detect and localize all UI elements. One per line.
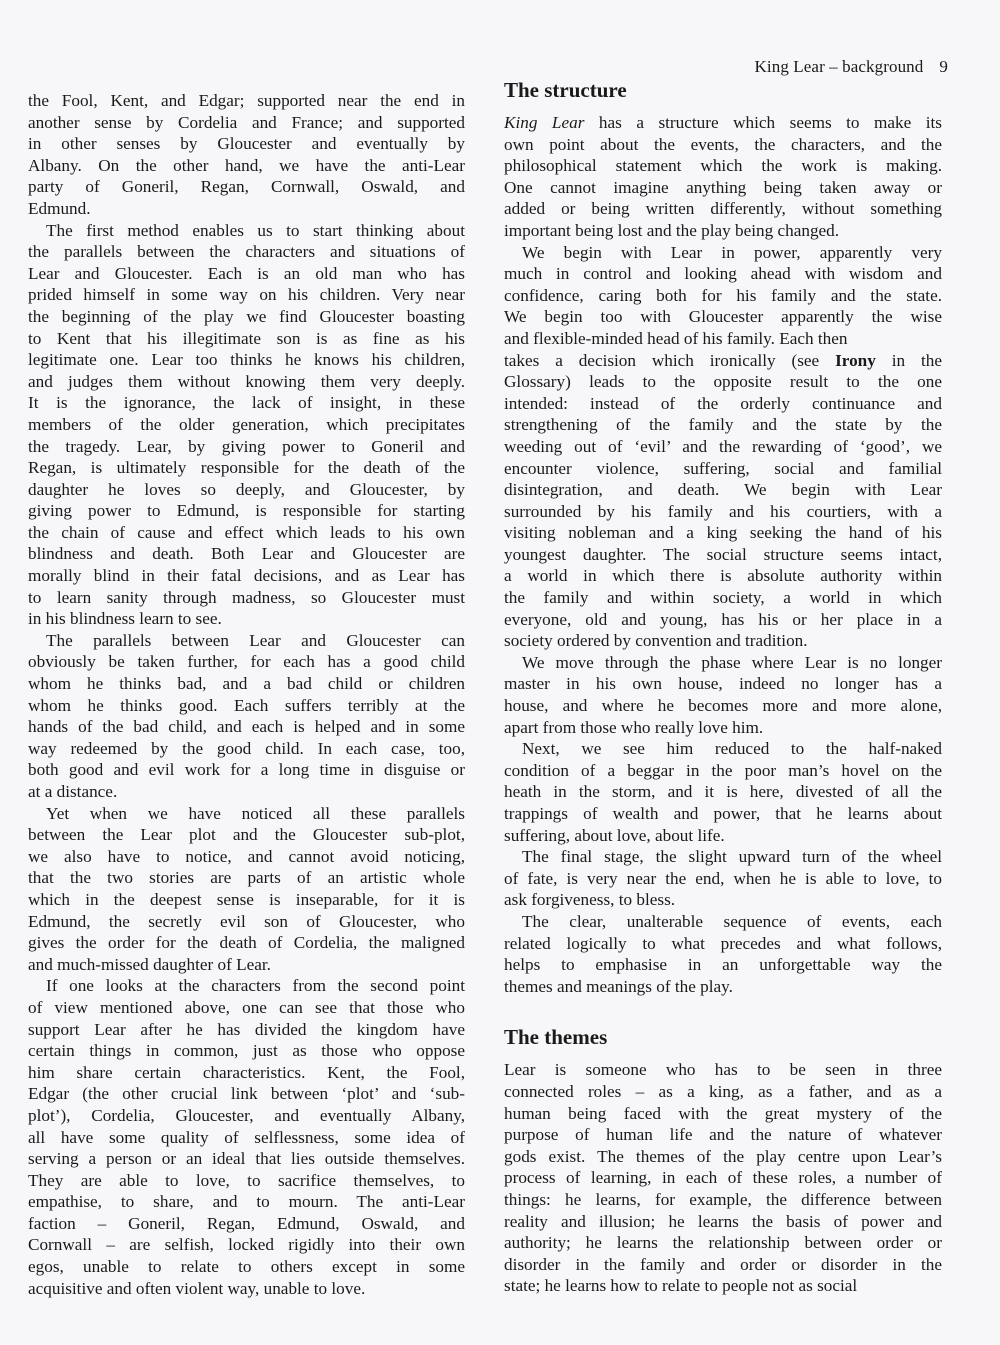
text-line: If one looks at the characters from the … — [28, 975, 465, 997]
paragraph: Next, we see him reduced to the half-nak… — [504, 738, 942, 846]
paragraph: Yet when we have noticed all these paral… — [28, 803, 465, 976]
text-line: related logically to what precedes and w… — [504, 933, 942, 955]
glossary-term-irony: Irony — [835, 351, 876, 370]
text-line: intended: instead of the orderly continu… — [504, 393, 942, 415]
paragraph: Glossary) leads to the opposite result t… — [504, 371, 942, 652]
text-line: that the two stories are parts of an art… — [28, 867, 465, 889]
text-line: suffering, about love, about life. — [504, 825, 942, 847]
text-line: hands of the bad child, and each is help… — [28, 716, 465, 738]
text-line: purpose of human life and the nature of … — [504, 1124, 942, 1146]
text-line: Lear and Gloucester. Each is an old man … — [28, 263, 465, 285]
text-line: support Lear after he has divided the ki… — [28, 1019, 465, 1041]
text-line: morally blind in their fatal decisions, … — [28, 565, 465, 587]
text-line: reality and illusion; he learns the basi… — [504, 1211, 942, 1233]
page-number: 9 — [939, 57, 948, 76]
text-line: everyone, old and young, has his or her … — [504, 609, 942, 631]
text-line: the Fool, Kent, and Edgar; supported nea… — [28, 90, 465, 112]
text-line: the tragedy. Lear, by giving power to Go… — [28, 436, 465, 458]
text-line: whom he thinks good. Each suffers terrib… — [28, 695, 465, 717]
text-line: empathise, to share, and to mourn. The a… — [28, 1191, 465, 1213]
text-line: important being lost and the play being … — [504, 220, 942, 242]
paragraph: If one looks at the characters from the … — [28, 975, 465, 1299]
paragraph: The final stage, the slight upward turn … — [504, 846, 942, 911]
paragraph: Lear is someone who has to be seen in th… — [504, 1059, 942, 1297]
text-line: of fate, is very near the end, when he i… — [504, 868, 942, 890]
text-line: state; he learns how to relate to people… — [504, 1275, 942, 1297]
text-line: the beginning of the play we find Glouce… — [28, 306, 465, 328]
text-line: encounter violence, suffering, social an… — [504, 458, 942, 480]
text-line: obviously be taken further, for each has… — [28, 651, 465, 673]
text-line: condition of a beggar in the poor man’s … — [504, 760, 942, 782]
text-line: Edgar (the other crucial link between ‘p… — [28, 1083, 465, 1105]
text-line: The clear, unalterable sequence of event… — [504, 911, 942, 933]
text-line: The first method enables us to start thi… — [28, 220, 465, 242]
text-line: prided himself in some way on his childr… — [28, 284, 465, 306]
text-line: to learn sanity through madness, so Glou… — [28, 587, 465, 609]
text-line: all have some quality of selflessness, s… — [28, 1127, 465, 1149]
text-line: whom he thinks bad, and a bad child or c… — [28, 673, 465, 695]
section-heading-structure: The structure — [504, 78, 942, 112]
text-line: gives the order for the death of Cordeli… — [28, 932, 465, 954]
text-line: Cornwall – are selfish, locked rigidly i… — [28, 1234, 465, 1256]
text-line: disorder in the family and order or diso… — [504, 1254, 942, 1276]
text-line: certain things in common, just as those … — [28, 1040, 465, 1062]
text-line: we also have to notice, and cannot avoid… — [28, 846, 465, 868]
text-line: It is the ignorance, the lack of insight… — [28, 392, 465, 414]
text-line: surrounded by his family and his courtie… — [504, 501, 942, 523]
text-line: One cannot imagine anything being taken … — [504, 177, 942, 199]
text-line: visiting nobleman and a king seeking the… — [504, 522, 942, 544]
text-line: themes and meanings of the play. — [504, 976, 942, 998]
text-line: The parallels between Lear and Glouceste… — [28, 630, 465, 652]
text-line: human being faced with the great mystery… — [504, 1103, 942, 1125]
text-line: the chain of cause and effect which lead… — [28, 522, 465, 544]
text-line: philosophical statement which the work i… — [504, 155, 942, 177]
text-line: added or being written differently, with… — [504, 198, 942, 220]
text-line: egos, unable to relate to others except … — [28, 1256, 465, 1278]
text-line: helps to emphasise in an unforgettable w… — [504, 954, 942, 976]
text-line: We move through the phase where Lear is … — [504, 652, 942, 674]
text-line: between the Lear plot and the Gloucester… — [28, 824, 465, 846]
text-line: disintegration, and death. We begin with… — [504, 479, 942, 501]
text-line: apart from those who really love him. — [504, 717, 942, 739]
left-column: the Fool, Kent, and Edgar; supported nea… — [28, 90, 465, 1299]
text-line: and much-missed daughter of Lear. — [28, 954, 465, 976]
text-line: We begin with Lear in power, apparently … — [504, 242, 942, 264]
text-line: Glossary) leads to the opposite result t… — [504, 371, 942, 393]
text-line: authority; he learns the relationship be… — [504, 1232, 942, 1254]
text-line: ask forgiveness, to bless. — [504, 889, 942, 911]
section-heading-themes: The themes — [504, 1025, 942, 1059]
text-line: trappings of wealth and power, that he l… — [504, 803, 942, 825]
text-line: and flexible-minded head of his family. … — [504, 328, 942, 350]
text-line: strengthening of the family and the stat… — [504, 414, 942, 436]
running-head-title: King Lear – background — [755, 57, 924, 76]
text-line: King Lear has a structure which seems to… — [504, 112, 942, 134]
paragraph: We move through the phase where Lear is … — [504, 652, 942, 738]
text-line: Edmund, the secretly evil son of Glouces… — [28, 911, 465, 933]
paragraph: We begin with Lear in power, apparently … — [504, 242, 942, 350]
text-line: Edmund. — [28, 198, 465, 220]
text-line: connected roles – as a king, as a father… — [504, 1081, 942, 1103]
text-line: society ordered by convention and tradit… — [504, 630, 942, 652]
right-column: The structure King Lear has a structure … — [504, 78, 942, 1297]
text-line: to Kent that his illegitimate son is as … — [28, 328, 465, 350]
text-line: much in control and looking ahead with w… — [504, 263, 942, 285]
text-line: They are able to love, to sacrifice them… — [28, 1170, 465, 1192]
text-line: way redeemed by the good child. In each … — [28, 738, 465, 760]
text-line: house, and where he becomes more and mor… — [504, 695, 942, 717]
text-line: heath in the storm, and it is here, dive… — [504, 781, 942, 803]
text-line: weeding out of ‘evil’ and the rewarding … — [504, 436, 942, 458]
text-line: another sense by Cordelia and France; an… — [28, 112, 465, 134]
text-line: giving power to Edmund, is responsible f… — [28, 500, 465, 522]
text-line: things: he learns, for example, the diff… — [504, 1189, 942, 1211]
text-line: faction – Goneril, Regan, Edmund, Oswald… — [28, 1213, 465, 1235]
book-page: King Lear – background9 the Fool, Kent, … — [0, 0, 1000, 1345]
text-line: the parallels between the characters and… — [28, 241, 465, 263]
text-line: process of learning, in each of these ro… — [504, 1167, 942, 1189]
text-line: gods exist. The themes of the play centr… — [504, 1146, 942, 1168]
paragraph: The first method enables us to start thi… — [28, 220, 465, 630]
text-line: Lear is someone who has to be seen in th… — [504, 1059, 942, 1081]
text-line: The final stage, the slight upward turn … — [504, 846, 942, 868]
running-head: King Lear – background9 — [755, 57, 948, 77]
text-line: daughter he loves so deeply, and Glouces… — [28, 479, 465, 501]
text-line: own point about the events, the characte… — [504, 134, 942, 156]
text-line: master in his own house, indeed no longe… — [504, 673, 942, 695]
paragraph: The parallels between Lear and Glouceste… — [28, 630, 465, 803]
text-line: and judges them without knowing them ver… — [28, 371, 465, 393]
text-line: a world in which there is absolute autho… — [504, 565, 942, 587]
text-line: confidence, caring both for his family a… — [504, 285, 942, 307]
text-line: takes a decision which ironically (see I… — [504, 350, 942, 372]
text-line: at a distance. — [28, 781, 465, 803]
paragraph: The clear, unalterable sequence of event… — [504, 911, 942, 997]
text-line: him share certain characteristics. Kent,… — [28, 1062, 465, 1084]
text-line: serving a person or an ideal that lies o… — [28, 1148, 465, 1170]
text-line: legitimate one. Lear too thinks he knows… — [28, 349, 465, 371]
text-line: youngest daughter. The social structure … — [504, 544, 942, 566]
text-line: in his blindness learn to see. — [28, 608, 465, 630]
paragraph: the Fool, Kent, and Edgar; supported nea… — [28, 90, 465, 220]
text-line: Next, we see him reduced to the half-nak… — [504, 738, 942, 760]
text-line: party of Goneril, Regan, Cornwall, Oswal… — [28, 176, 465, 198]
text-line: Yet when we have noticed all these paral… — [28, 803, 465, 825]
text-line: both good and evil work for a long time … — [28, 759, 465, 781]
play-title-italic: King Lear — [504, 113, 584, 132]
text-line: Albany. On the other hand, we have the a… — [28, 155, 465, 177]
text-line: which in the deepest sense is inseparabl… — [28, 889, 465, 911]
text-line: members of the older generation, which p… — [28, 414, 465, 436]
text-line: plot’), Cordelia, Gloucester, and eventu… — [28, 1105, 465, 1127]
text-line: Regan, is ultimately responsible for the… — [28, 457, 465, 479]
text-line: We begin too with Gloucester apparently … — [504, 306, 942, 328]
paragraph: own point about the events, the characte… — [504, 134, 942, 242]
text-line: in other senses by Gloucester and eventu… — [28, 133, 465, 155]
text-line: the family and within society, a world i… — [504, 587, 942, 609]
text-line: blindness and death. Both Lear and Glouc… — [28, 543, 465, 565]
text-line: of view mentioned above, one can see tha… — [28, 997, 465, 1019]
text-line: acquisitive and often violent way, unabl… — [28, 1278, 465, 1300]
